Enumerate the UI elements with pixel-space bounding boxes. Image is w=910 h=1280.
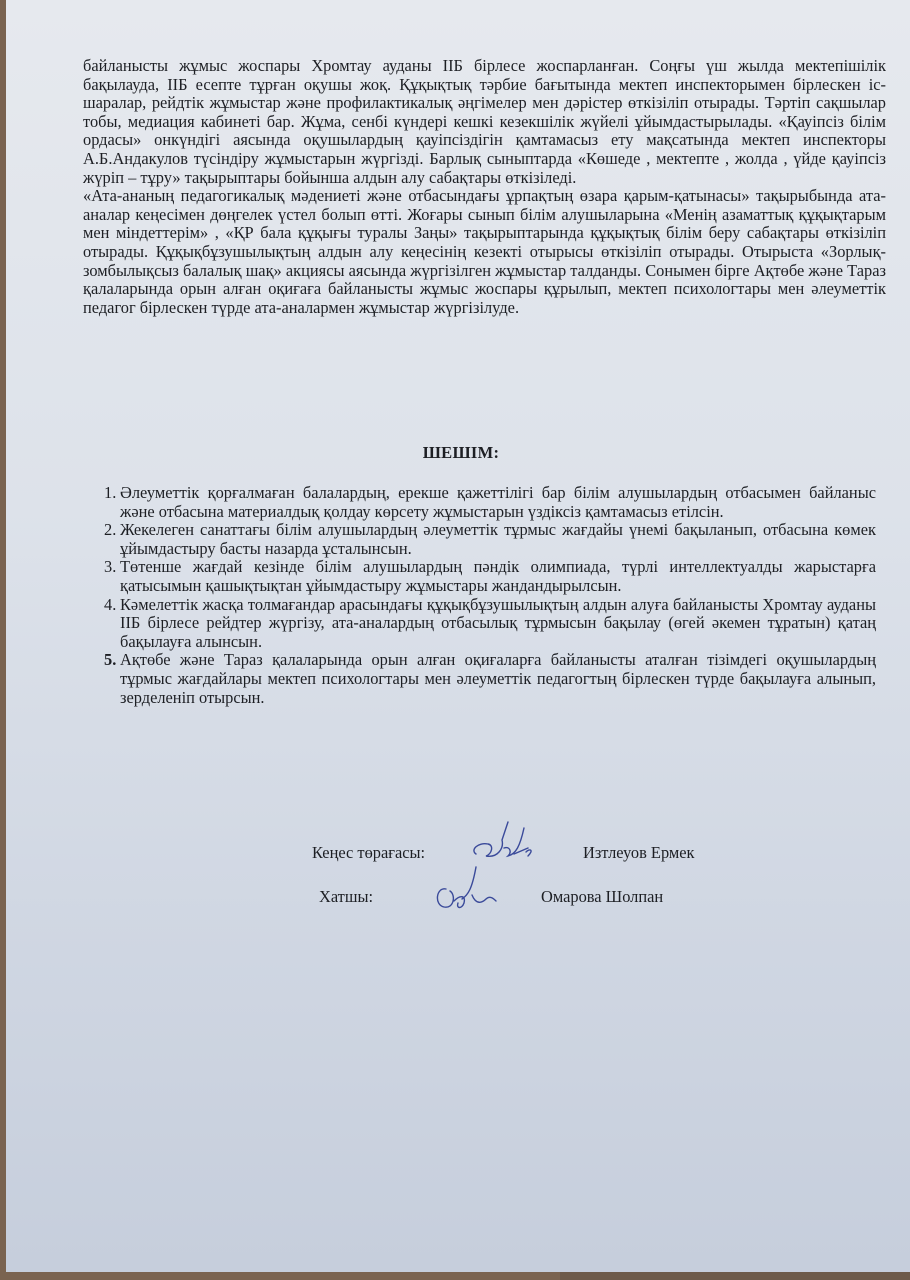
signature-row-chairman: Кеңес төрағасы: Изтлеуов Ермек [6, 843, 910, 867]
decision-number: 1. [104, 484, 116, 503]
decision-item: 4. Кәмелеттік жасқа толмағандар арасында… [86, 596, 876, 652]
decision-number: 3. [104, 558, 116, 577]
document-page: байланысты жұмыс жоспары Хромтау ауданы … [6, 0, 910, 1272]
decision-item: 5. Ақтөбе және Тараз қалаларында орын ал… [86, 651, 876, 707]
decision-item: 2. Жекелеген санаттағы білім алушылардың… [86, 521, 876, 558]
signature-role: Хатшы: [319, 887, 373, 907]
decision-text: Төтенше жағдай кезінде білім алушылардың… [120, 557, 876, 595]
desk-edge [560, 1272, 910, 1280]
decision-number: 5. [104, 651, 116, 670]
decision-number: 2. [104, 521, 116, 540]
signature-name: Омарова Шолпан [541, 887, 663, 907]
decision-title: ШЕШІМ: [0, 443, 910, 463]
decision-number: 4. [104, 596, 116, 615]
decision-text: Кәмелеттік жасқа толмағандар арасындағы … [120, 595, 876, 651]
signature-mark-icon [432, 865, 507, 920]
body-text: байланысты жұмыс жоспары Хромтау ауданы … [83, 57, 886, 317]
signature-name: Изтлеуов Ермек [583, 843, 695, 863]
signature-row-secretary: Хатшы: Омарова Шолпан [6, 887, 910, 911]
intro-paragraph-1: байланысты жұмыс жоспары Хромтау ауданы … [83, 57, 886, 187]
decision-text: Жекелеген санаттағы білім алушылардың әл… [120, 520, 876, 558]
decision-item: 1. Әлеуметтік қорғалмаған балалардың, ер… [86, 484, 876, 521]
decision-text: Әлеуметтік қорғалмаған балалардың, ерекш… [120, 483, 876, 521]
intro-paragraph-2: «Ата-ананың педагогикалық мәдениеті және… [83, 187, 886, 317]
signature-role: Кеңес төрағасы: [312, 843, 425, 863]
decision-item: 3. Төтенше жағдай кезінде білім алушылар… [86, 558, 876, 595]
decision-list: 1. Әлеуметтік қорғалмаған балалардың, ер… [86, 484, 876, 707]
decision-text: Ақтөбе және Тараз қалаларында орын алған… [120, 650, 876, 706]
